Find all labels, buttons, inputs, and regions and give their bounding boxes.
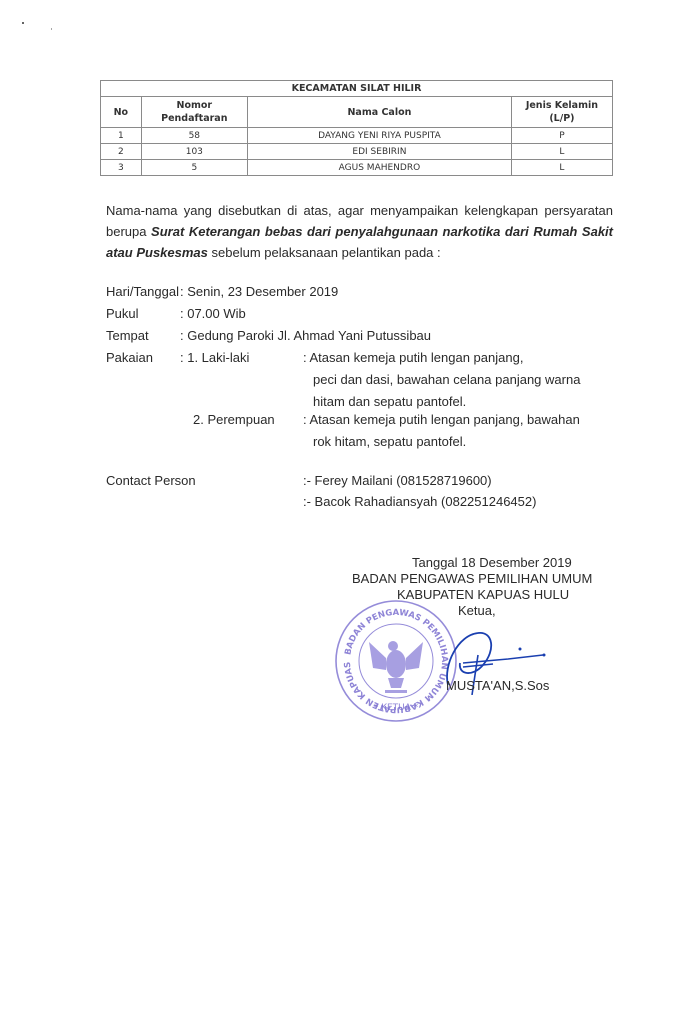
table-row: 2 103 EDI SEBIRIN L <box>101 144 613 160</box>
cell-nama: AGUS MAHENDRO <box>248 160 512 176</box>
table-row: 1 58 DAYANG YENI RIYA PUSPITA P <box>101 128 613 144</box>
cell-jk: L <box>511 160 612 176</box>
instruction-paragraph: Nama-nama yang disebutkan di atas, agar … <box>106 200 613 263</box>
pakaian-female-label: 2. Perempuan <box>193 412 275 427</box>
pakaian-female-desc: rok hitam, sepatu pantofel. <box>313 434 466 449</box>
signature-date: Tanggal 18 Desember 2019 <box>412 555 572 570</box>
pukul-label: Pukul <box>106 306 139 321</box>
cell-jk: P <box>511 128 612 144</box>
cell-nama: EDI SEBIRIN <box>248 144 512 160</box>
cell-nomor: 5 <box>141 160 247 176</box>
cell-nama: DAYANG YENI RIYA PUSPITA <box>248 128 512 144</box>
candidate-table: KECAMATAN SILAT HILIR No NomorPendaftara… <box>100 80 613 176</box>
scan-speck <box>51 28 52 30</box>
pakaian-male-desc: hitam dan sepatu pantofel. <box>313 394 466 409</box>
pukul-value: : 07.00 Wib <box>180 306 246 321</box>
cell-nomor: 58 <box>141 128 247 144</box>
tempat-value: : Gedung Paroki Jl. Ahmad Yani Putussiba… <box>180 328 431 343</box>
table-row: 3 5 AGUS MAHENDRO L <box>101 160 613 176</box>
pakaian-male-desc: peci dan dasi, bawahan celana panjang wa… <box>313 372 580 387</box>
contact-label: Contact Person <box>106 473 196 488</box>
cell-nomor: 103 <box>141 144 247 160</box>
cell-no: 3 <box>101 160 142 176</box>
pakaian-male-desc: : Atasan kemeja putih lengan panjang, <box>303 350 523 365</box>
tempat-label: Tempat <box>106 328 149 343</box>
pakaian-label: Pakaian <box>106 350 153 365</box>
header-nama: Nama Calon <box>248 97 512 128</box>
signatory-name: MUSTA'AN,S.Sos <box>446 678 549 693</box>
header-nomor: NomorPendaftaran <box>141 97 247 128</box>
contact-person: :- Bacok Rahadiansyah (082251246452) <box>303 494 536 509</box>
contact-person: :- Ferey Mailani (081528719600) <box>303 473 492 488</box>
hari-value: : Senin, 23 Desember 2019 <box>180 284 338 299</box>
org-line-1: BADAN PENGAWAS PEMILIHAN UMUM <box>352 571 592 586</box>
header-jenis-kelamin: Jenis Kelamin(L/P) <box>511 97 612 128</box>
cell-no: 2 <box>101 144 142 160</box>
pakaian-female-desc: : Atasan kemeja putih lengan panjang, ba… <box>303 412 580 427</box>
table-title: KECAMATAN SILAT HILIR <box>101 81 613 97</box>
cell-jk: L <box>511 144 612 160</box>
pakaian-male-label: : 1. Laki-laki <box>180 350 249 365</box>
header-no: No <box>101 97 142 128</box>
svg-text:* KETUA *: * KETUA * <box>374 703 419 713</box>
cell-no: 1 <box>101 128 142 144</box>
scan-speck <box>22 22 24 24</box>
hari-label: Hari/Tanggal <box>106 284 179 299</box>
position-title: Ketua, <box>458 603 496 618</box>
